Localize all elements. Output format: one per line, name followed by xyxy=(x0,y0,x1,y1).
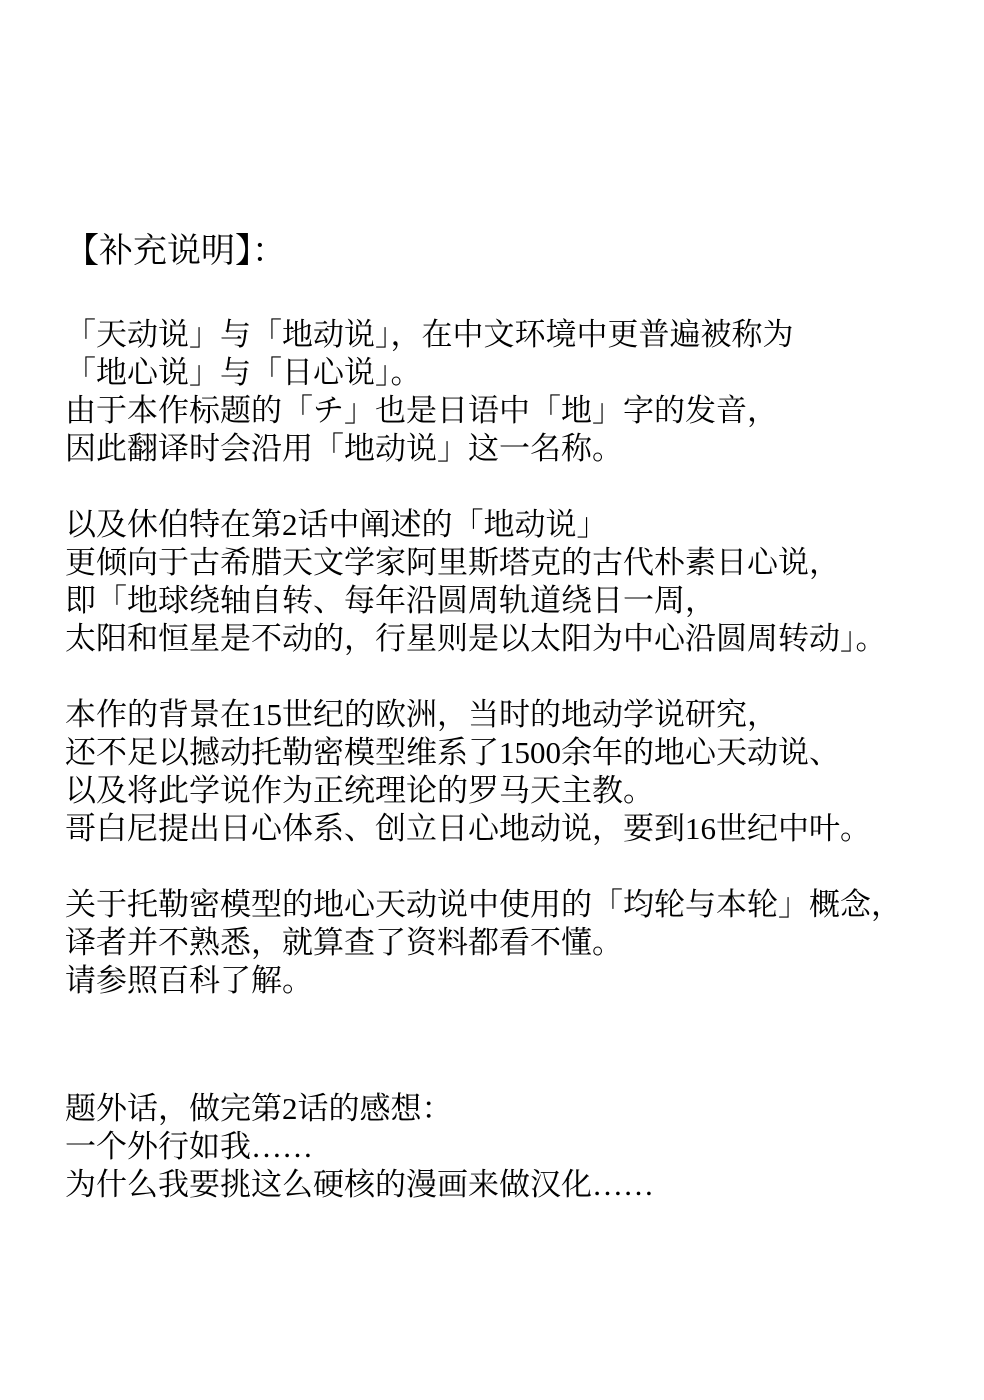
text-line: 「地心说」与「日心说」。 xyxy=(65,354,925,392)
text-line: 由于本作标题的「チ」也是日语中「地」字的发音， xyxy=(65,392,925,430)
text-line: 更倾向于古希腊天文学家阿里斯塔克的古代朴素日心说， xyxy=(65,544,925,582)
paragraph-epicycles-note: 关于托勒密模型的地心天动说中使用的「均轮与本轮」概念， 译者并不熟悉，就算查了资… xyxy=(65,886,925,1000)
text-line: 哥白尼提出日心体系、创立日心地动说，要到16世纪中叶。 xyxy=(65,810,925,848)
text-line: 译者并不熟悉，就算查了资料都看不懂。 xyxy=(65,924,925,962)
paragraph-heliocentrism: 以及休伯特在第2话中阐述的「地动说」 更倾向于古希腊天文学家阿里斯塔克的古代朴素… xyxy=(65,506,925,658)
paragraph-historical-background: 本作的背景在15世纪的欧洲，当时的地动学说研究， 还不足以撼动托勒密模型维系了1… xyxy=(65,696,925,848)
text-line: 本作的背景在15世纪的欧洲，当时的地动学说研究， xyxy=(65,696,925,734)
notes-content: 【补充说明】： 「天动说」与「地动说」，在中文环境中更普遍被称为 「地心说」与「… xyxy=(65,233,925,1242)
text-line: 一个外行如我…… xyxy=(65,1128,925,1166)
text-line: 即「地球绕轴自转、每年沿圆周轨道绕日一周， xyxy=(65,582,925,620)
text-line: 关于托勒密模型的地心天动说中使用的「均轮与本轮」概念， xyxy=(65,886,925,924)
text-line: 请参照百科了解。 xyxy=(65,962,925,1000)
text-line: 为什么我要挑这么硬核的漫画来做汉化…… xyxy=(65,1166,925,1204)
text-line: 以及将此学说作为正统理论的罗马天主教。 xyxy=(65,772,925,810)
page-title: 【补充说明】： xyxy=(65,233,925,271)
text-line: 太阳和恒星是不动的，行星则是以太阳为中心沿圆周转动」。 xyxy=(65,620,925,658)
text-line: 以及休伯特在第2话中阐述的「地动说」 xyxy=(65,506,925,544)
paragraph-terminology: 「天动说」与「地动说」，在中文环境中更普遍被称为 「地心说」与「日心说」。 由于… xyxy=(65,316,925,468)
text-line: 「天动说」与「地动说」，在中文环境中更普遍被称为 xyxy=(65,316,925,354)
text-line: 因此翻译时会沿用「地动说」这一名称。 xyxy=(65,430,925,468)
text-line: 还不足以撼动托勒密模型维系了1500余年的地心天动说、 xyxy=(65,734,925,772)
text-line: 题外话，做完第2话的感想： xyxy=(65,1090,925,1128)
paragraph-afterword: 题外话，做完第2话的感想： 一个外行如我…… 为什么我要挑这么硬核的漫画来做汉化… xyxy=(65,1090,925,1204)
notes-page: 【补充说明】： 「天动说」与「地动说」，在中文环境中更普遍被称为 「地心说」与「… xyxy=(0,0,984,1400)
